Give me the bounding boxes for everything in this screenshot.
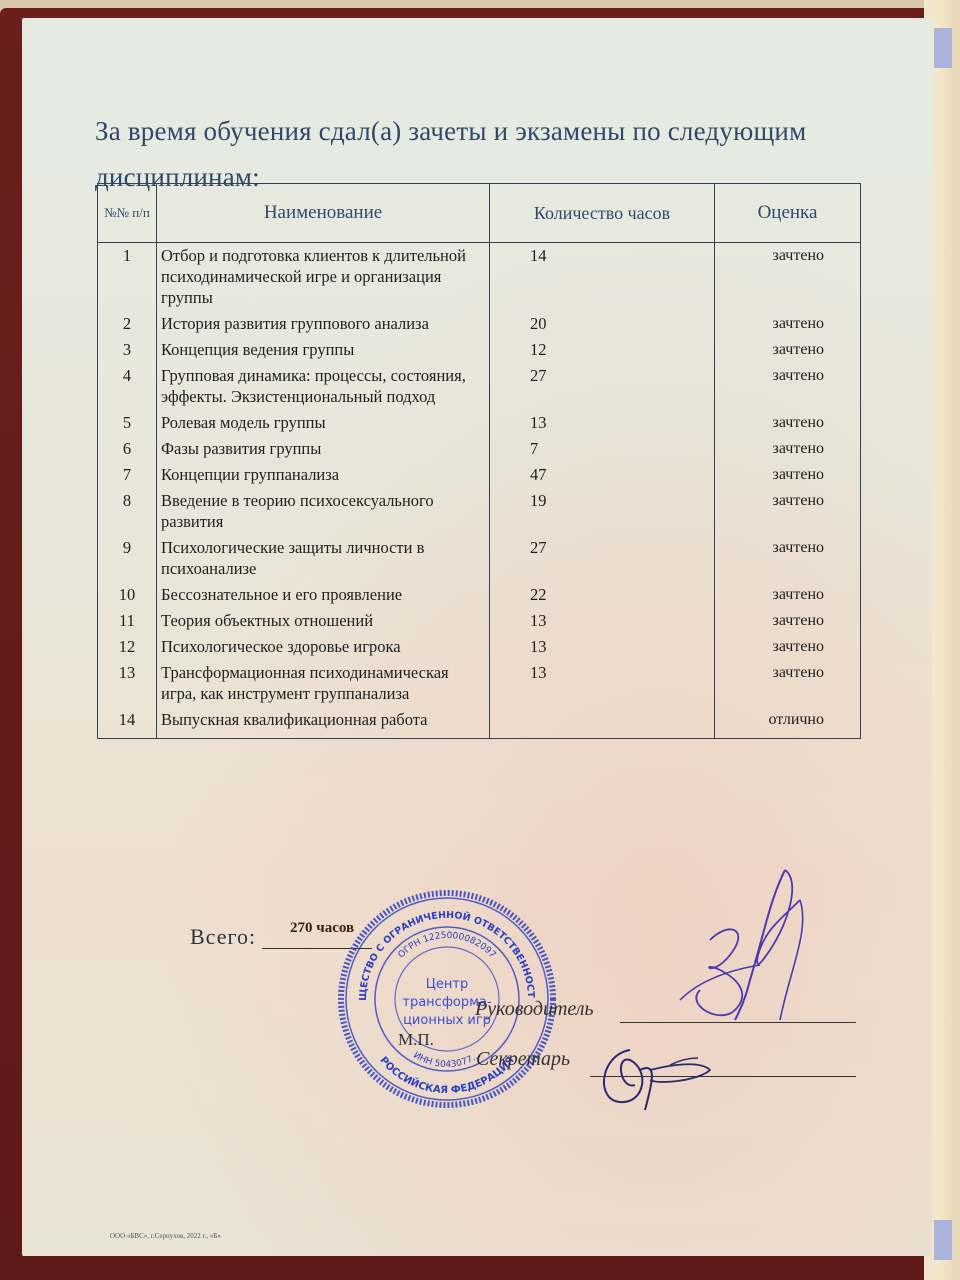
cell-num: 8 [98,488,157,535]
cell-num: 12 [98,634,157,660]
cell-name: Ролевая модель группы [157,410,490,436]
cell-name: Теория объектных отношений [157,608,490,634]
cell-num: 4 [98,363,157,410]
table-row: 10Бессознательное и его проявление22зачт… [98,582,861,608]
director-signature [640,860,840,1030]
cell-name: Бессознательное и его проявление [157,582,490,608]
header-num: №№ п/п [98,184,157,243]
total-label: Всего: [190,924,256,950]
cell-grade: зачтено [715,410,861,436]
cell-num: 2 [98,311,157,337]
table-row: 2История развития группового анализа20за… [98,311,861,337]
cell-hours: 13 [490,410,715,436]
cell-grade: зачтено [715,436,861,462]
cell-name: Введение в теорию психосексуального разв… [157,488,490,535]
cell-num: 5 [98,410,157,436]
cell-name: Концепции группанализа [157,462,490,488]
cell-hours: 20 [490,311,715,337]
cell-hours: 13 [490,634,715,660]
cell-num: 10 [98,582,157,608]
cell-hours: 12 [490,337,715,363]
cell-hours: 7 [490,436,715,462]
cell-num: 11 [98,608,157,634]
cell-hours: 27 [490,535,715,582]
cell-name: Выпускная квалификационная работа [157,707,490,739]
header-name: Наименование [157,184,490,243]
table-row: 5Ролевая модель группы13зачтено [98,410,861,436]
cell-name: Психологическое здоровье игрока [157,634,490,660]
cell-grade: зачтено [715,582,861,608]
cell-grade: зачтено [715,363,861,410]
cell-grade: отлично [715,707,861,739]
table-row: 13Трансформационная психодинамическая иг… [98,660,861,707]
cell-grade: зачтено [715,462,861,488]
table-row: 14Выпускная квалификационная работаотлич… [98,707,861,739]
table-header-row: №№ п/п Наименование Количество часов Оце… [98,184,861,243]
cell-num: 3 [98,337,157,363]
table-row: 11Теория объектных отношений13зачтено [98,608,861,634]
cell-hours: 47 [490,462,715,488]
secretary-label: Секретарь [476,1048,570,1071]
cell-hours: 14 [490,243,715,312]
grades-table: №№ п/п Наименование Количество часов Оце… [97,183,861,739]
cell-hours: 19 [490,488,715,535]
cell-grade: зачтено [715,243,861,312]
table-row: 12Психологическое здоровье игрока13зачте… [98,634,861,660]
cell-name: Трансформационная психодинамическая игра… [157,660,490,707]
cell-num: 1 [98,243,157,312]
cell-hours: 22 [490,582,715,608]
table-row: 3Концепция ведения группы12зачтено [98,337,861,363]
cell-hours [490,707,715,739]
cell-grade: зачтено [715,660,861,707]
table-row: 1Отбор и подготовка клиентов к длительно… [98,243,861,312]
cell-grade: зачтено [715,311,861,337]
cell-grade: зачтено [715,337,861,363]
cell-num: 7 [98,462,157,488]
cell-name: Групповая динамика: процессы, состояния,… [157,363,490,410]
cell-grade: зачтено [715,608,861,634]
cell-hours: 13 [490,608,715,634]
cell-name: История развития группового анализа [157,311,490,337]
table-row: 6Фазы развития группы7зачтено [98,436,861,462]
bookmark-tab [934,28,952,68]
cell-hours: 27 [490,363,715,410]
printer-imprint: ООО «БВС», г.Серпухов, 2022 г., «Б» [110,1232,221,1240]
seal-place-label: М.П. [398,1030,434,1050]
cell-grade: зачтено [715,488,861,535]
cell-name: Психологические защиты личности в психоа… [157,535,490,582]
cell-hours: 13 [490,660,715,707]
cell-name: Концепция ведения группы [157,337,490,363]
cell-grade: зачтено [715,634,861,660]
cell-grade: зачтено [715,535,861,582]
cell-num: 14 [98,707,157,739]
bookmark-tab [934,1220,952,1260]
secretary-signature [590,1030,730,1120]
cell-num: 6 [98,436,157,462]
header-hours: Количество часов [490,184,715,243]
cell-name: Фазы развития группы [157,436,490,462]
director-label: Руководитель [475,998,594,1021]
table-row: 7Концепции группанализа47зачтено [98,462,861,488]
table-row: 9Психологические защиты личности в психо… [98,535,861,582]
stamp-center-1: Центр [426,977,468,992]
cell-num: 9 [98,535,157,582]
table-row: 8Введение в теорию психосексуального раз… [98,488,861,535]
header-grade: Оценка [715,184,861,243]
cell-num: 13 [98,660,157,707]
cell-name: Отбор и подготовка клиентов к длительной… [157,243,490,312]
table-row: 4Групповая динамика: процессы, состояния… [98,363,861,410]
